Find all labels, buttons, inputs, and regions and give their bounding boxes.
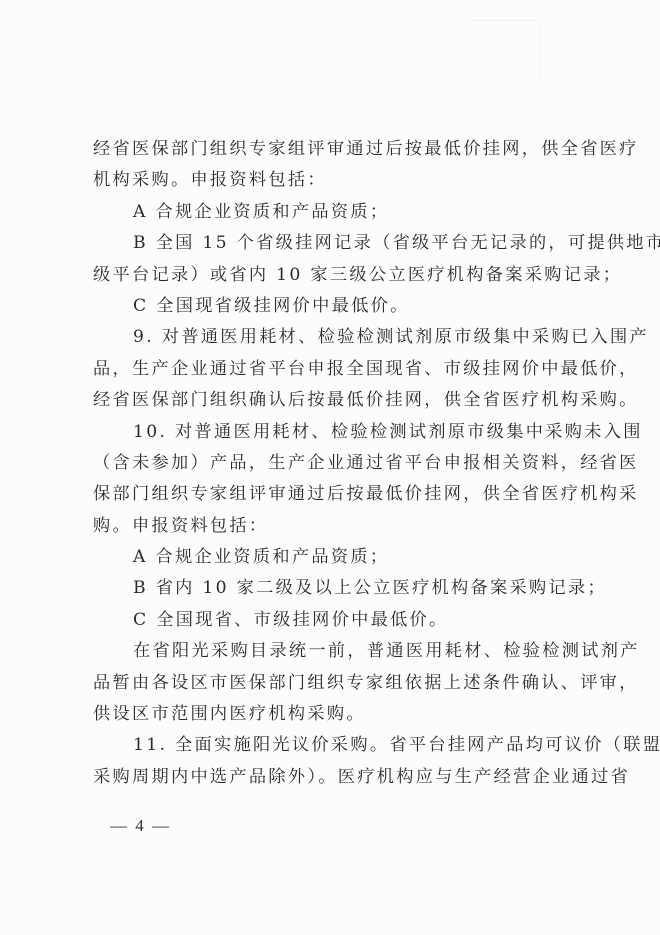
text-line: 经省医保部门组织确认后按最低价挂网，供全省医疗机构采购。 [93,385,541,416]
text-line: 供设区市范围内医疗机构采购。 [93,699,541,730]
scan-artifact [469,20,540,81]
text-line: 采购周期内中选产品除外）。医疗机构应与生产经营企业通过省 [93,762,541,793]
document-page: 经省医保部门组织专家组评审通过后按最低价挂网，供全省医疗机构采购。申报资料包括：… [0,0,660,935]
text-line: C 全国现省级挂网价中最低价。 [93,291,541,322]
text-line: A 合规企业资质和产品资质； [93,542,541,573]
text-line: A 合规企业资质和产品资质； [93,197,541,228]
text-line: 品暂由各设区市医保部门组织专家组依据上述条件确认、评审， [93,668,541,699]
text-line: 11. 全面实施阳光议价采购。省平台挂网产品均可议价（联盟 [93,730,541,761]
text-line: 级平台记录）或省内 10 家三级公立医疗机构备案采购记录； [93,260,541,291]
text-line: C 全国现省、市级挂网价中最低价。 [93,605,541,636]
text-line: 品，生产企业通过省平台申报全国现省、市级挂网价中最低价， [93,354,541,385]
text-line: 在省阳光采购目录统一前，普通医用耗材、检验检测试剂产 [93,636,541,667]
text-line: 购。申报资料包括： [93,511,541,542]
text-line: B 全国 15 个省级挂网记录（省级平台无记录的，可提供地市 [93,228,541,259]
document-body: 经省医保部门组织专家组评审通过后按最低价挂网，供全省医疗机构采购。申报资料包括：… [93,134,541,793]
text-line: 9. 对普通医用耗材、检验检测试剂原市级集中采购已入围产 [93,322,541,353]
text-line: （含未参加）产品，生产企业通过省平台申报相关资料，经省医 [93,448,541,479]
text-line: 机构采购。申报资料包括： [93,165,541,196]
text-line: 保部门组织专家组评审通过后按最低价挂网，供全省医疗机构采 [93,479,541,510]
page-number: — 4 — [110,816,171,836]
text-line: 10. 对普通医用耗材、检验检测试剂原市级集中采购未入围 [93,417,541,448]
text-line: B 省内 10 家二级及以上公立医疗机构备案采购记录； [93,573,541,604]
text-line: 经省医保部门组织专家组评审通过后按最低价挂网，供全省医疗 [93,134,541,165]
